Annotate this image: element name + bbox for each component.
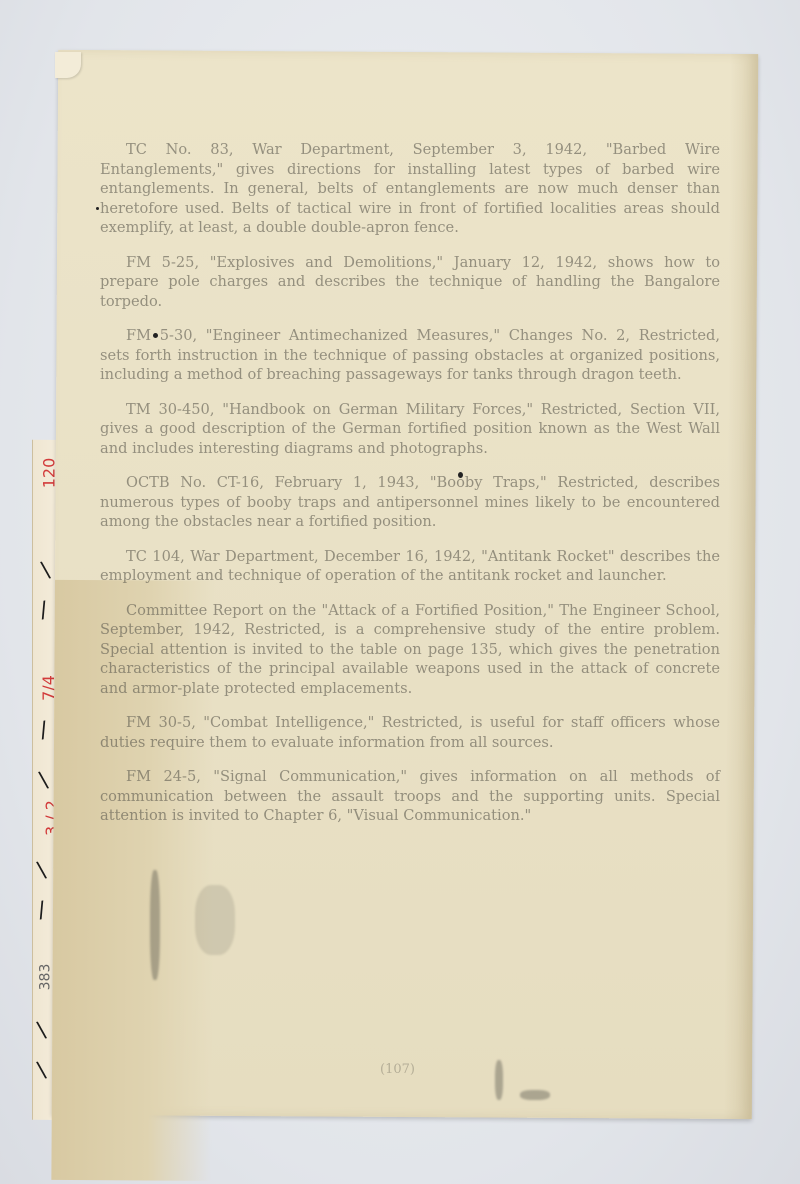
reference-paragraph: TC No. 83, War Department, September 3, … <box>100 140 720 238</box>
edge-number-note: 383 <box>38 964 52 991</box>
page-body: TC No. 83, War Department, September 3, … <box>100 140 720 841</box>
ink-speck <box>458 472 463 478</box>
smudge-stain <box>495 1060 503 1100</box>
reference-paragraph: FM 24-5, "Signal Communication," gives i… <box>100 767 720 826</box>
smudge-stain <box>195 885 235 955</box>
reference-paragraph: FM 5-30, "Engineer Antimechanized Measur… <box>100 326 720 385</box>
page-number: (107) <box>380 1062 415 1077</box>
reference-paragraph: TC 104, War Department, December 16, 194… <box>100 547 720 586</box>
reference-paragraph: FM 5-25, "Explosives and Demolitions," J… <box>100 253 720 312</box>
reference-paragraph: OCTB No. CT-16, February 1, 1943, "Booby… <box>100 473 720 532</box>
ink-speck <box>153 333 158 338</box>
reference-paragraph: Committee Report on the "Attack of a For… <box>100 601 720 699</box>
smudge-stain <box>150 870 160 980</box>
smudge-stain <box>520 1090 550 1100</box>
reference-paragraph: FM 30-5, "Combat Intelligence," Restrict… <box>100 713 720 752</box>
ink-speck <box>96 207 99 210</box>
reference-paragraph: TM 30-450, "Handbook on German Military … <box>100 400 720 459</box>
